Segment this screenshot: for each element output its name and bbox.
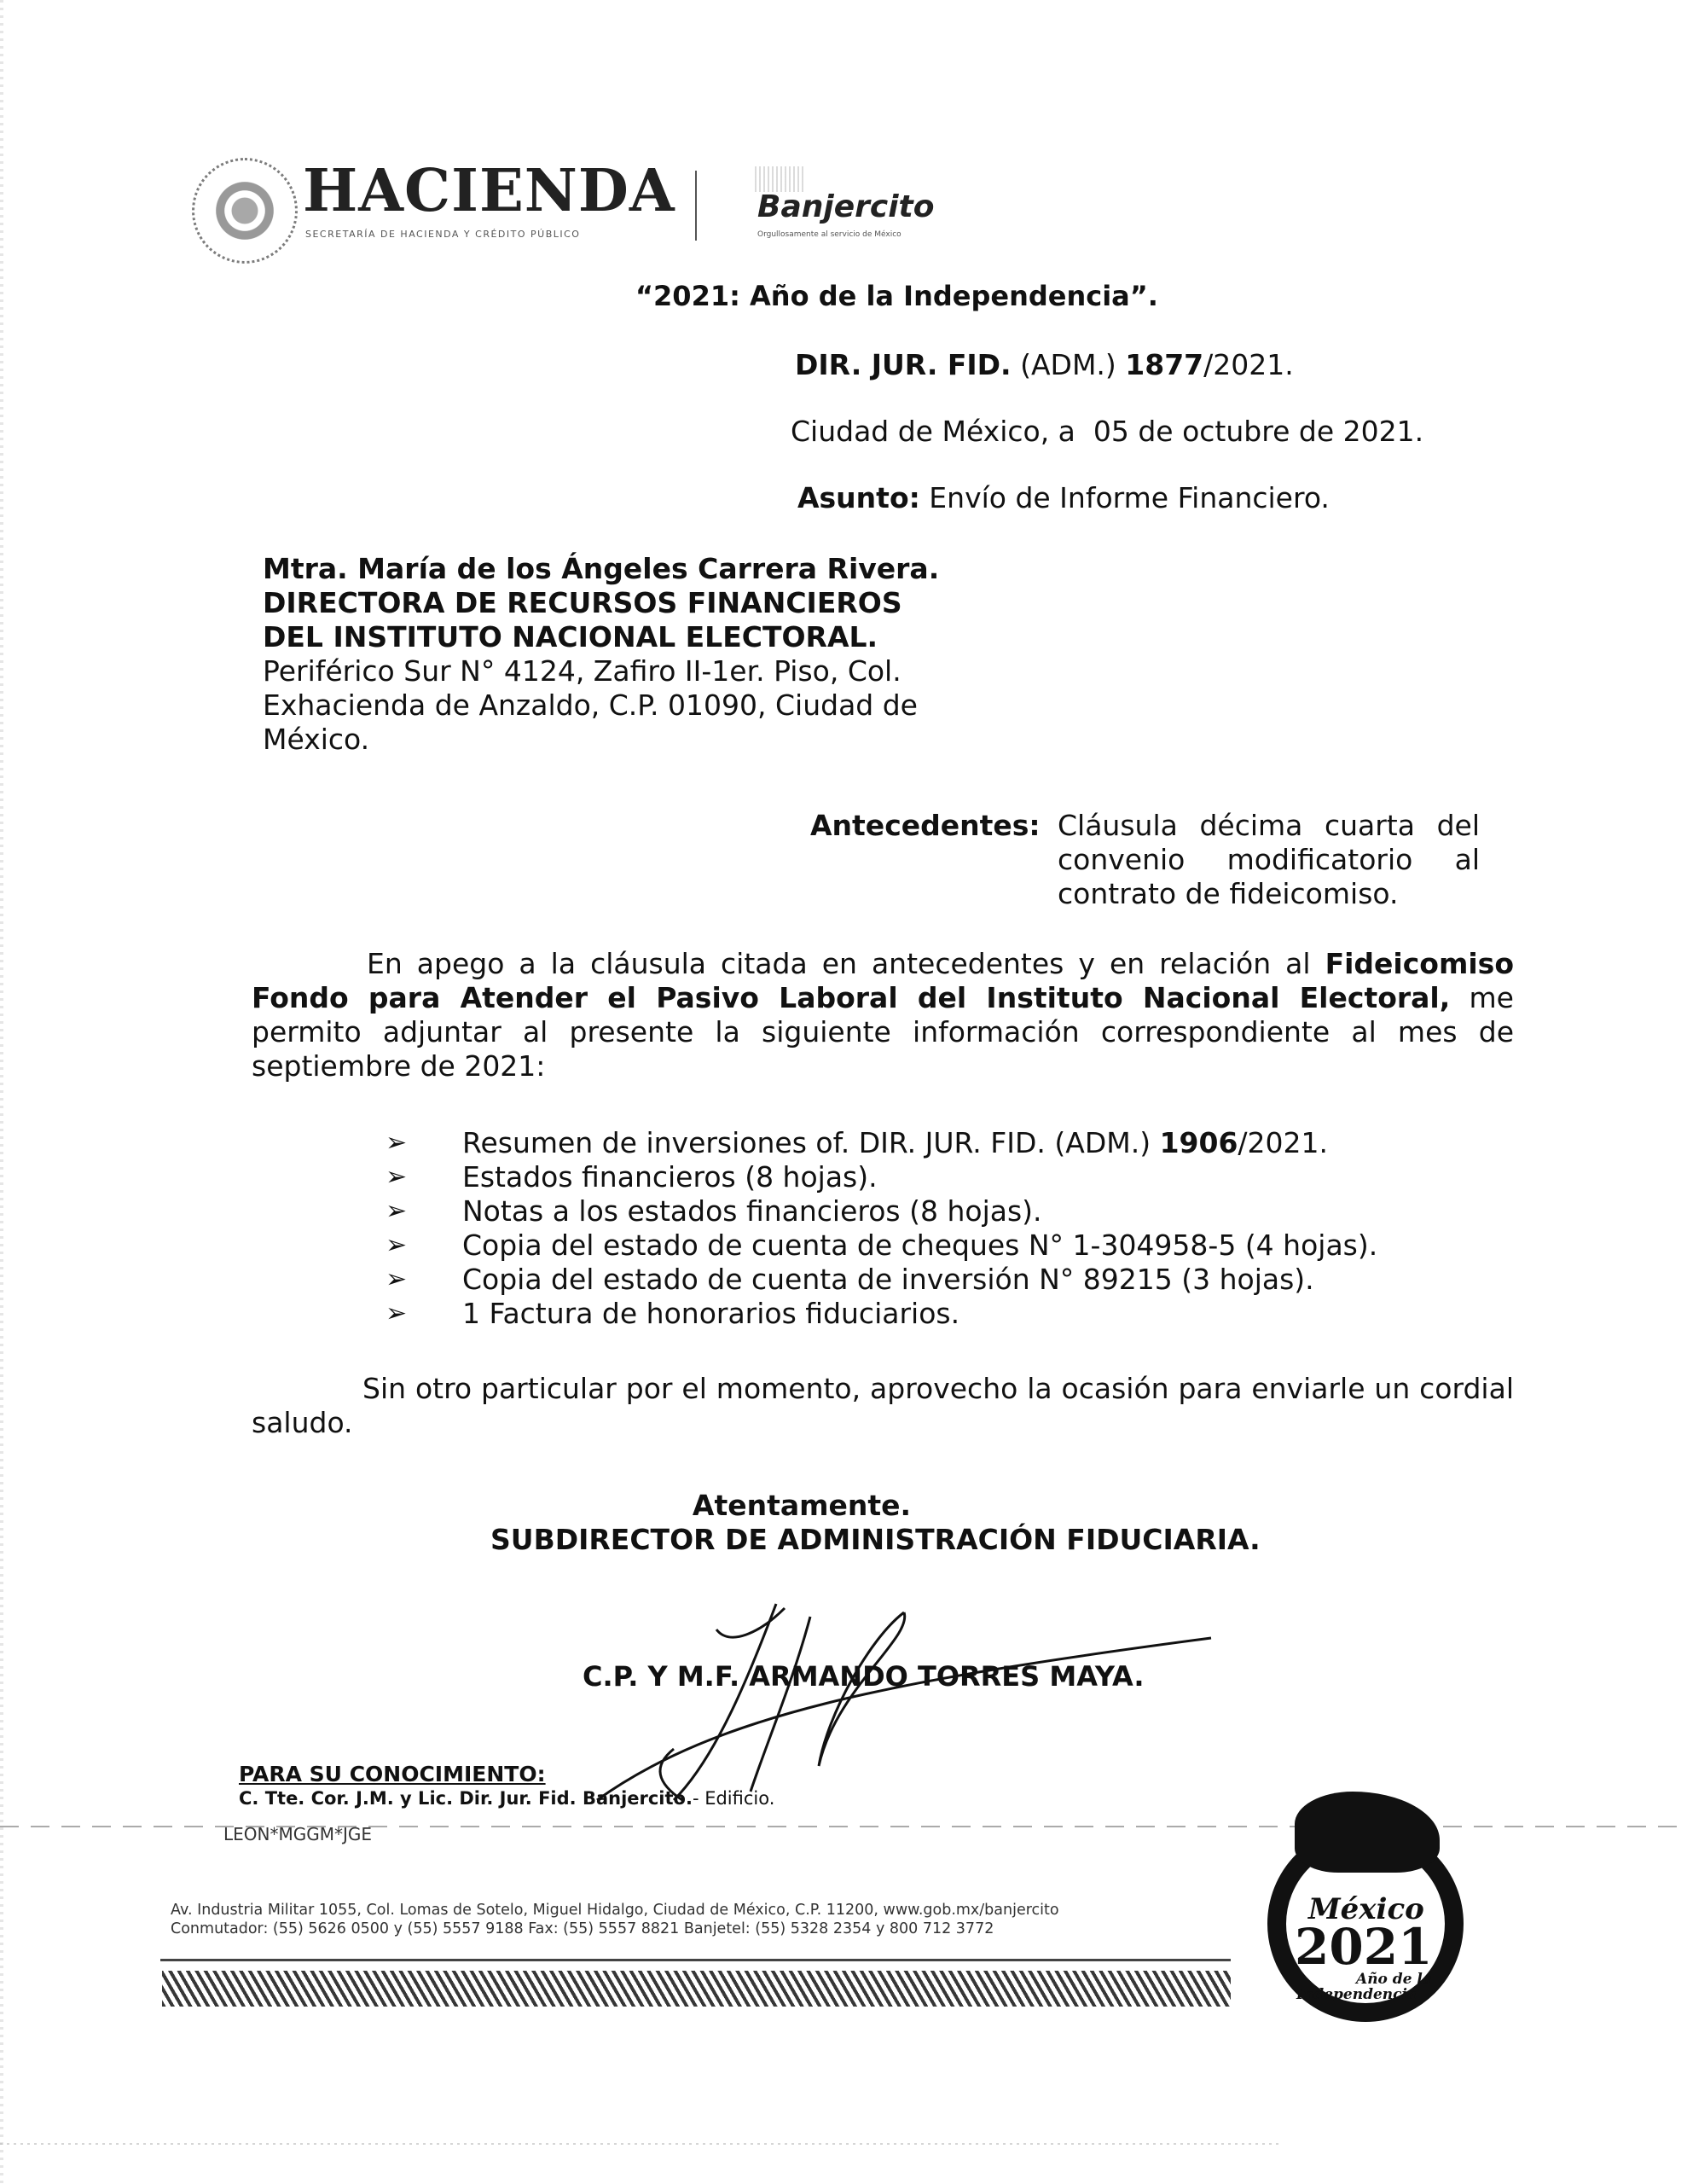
logo-divider [695, 171, 697, 241]
recipient-title-line1: DIRECTORA DE RECURSOS FINANCIEROS [263, 586, 1030, 620]
list-item: ➢Copia del estado de cuenta de inversión… [384, 1263, 1535, 1297]
sign-off-greeting: Atentamente. [546, 1489, 1058, 1523]
hacienda-logo-title: HACIENDA [303, 160, 675, 222]
closing-paragraph: Sin otro particular por el momento, apro… [252, 1372, 1514, 1440]
recipient-title-line2: DEL INSTITUTO NACIONAL ELECTORAL. [263, 620, 1030, 654]
handwritten-signature [546, 1587, 1228, 1809]
arrow-bullet-icon: ➢ [386, 1263, 407, 1297]
arrow-bullet-icon: ➢ [386, 1126, 407, 1160]
footer-address-line2: Conmutador: (55) 5626 0500 y (55) 5557 9… [171, 1920, 1059, 1938]
emblem-year: 2021 [1295, 1921, 1432, 1972]
reference-adm: (ADM.) [1012, 348, 1126, 381]
list-item: ➢Estados financieros (8 hojas). [384, 1160, 1535, 1194]
arrow-bullet-icon: ➢ [386, 1194, 407, 1228]
antecedentes-text: Cláusula décima cuarta del convenio modi… [1058, 809, 1480, 911]
subject-line: Asunto: Envío de Informe Financiero. [797, 481, 1330, 515]
cc-title: PARA SU CONOCIMIENTO: [239, 1762, 546, 1786]
footer-address: Av. Industria Militar 1055, Col. Lomas d… [171, 1901, 1059, 1938]
emblem-tagline-1: Año de la [1356, 1971, 1432, 1988]
banjercito-logo: Banjercito [757, 189, 935, 224]
hacienda-logo-subtitle: SECRETARÍA DE HACIENDA Y CRÉDITO PÚBLICO [305, 229, 580, 240]
list-item: ➢1 Factura de honorarios fiduciarios. [384, 1297, 1535, 1331]
signer-name: C.P. Y M.F. ARMANDO TORRES MAYA. [583, 1660, 1145, 1693]
subject-label: Asunto: [797, 481, 920, 514]
arrow-bullet-icon: ➢ [386, 1160, 407, 1194]
list-item: ➢Copia del estado de cuenta de cheques N… [384, 1228, 1535, 1263]
reference-prefix: DIR. JUR. FID. [795, 348, 1012, 381]
footer-decorative-pattern [162, 1971, 1231, 2007]
recipient-name: Mtra. María de los Ángeles Carrera River… [263, 552, 1030, 586]
body-text-part1: En apego a la cláusula citada en anteced… [367, 947, 1325, 980]
mexico-2021-emblem-icon: México 2021 Año de la Independencia [1261, 1792, 1474, 2022]
banjercito-tagline: Orgullosamente al servicio de México [757, 230, 901, 239]
reference-number: 1877 [1125, 348, 1203, 381]
scan-bottom-artifact [0, 2143, 1279, 2145]
document-reference: DIR. JUR. FID. (ADM.) 1877/2021. [795, 348, 1294, 382]
scan-margin-artifact [0, 0, 3, 2184]
sign-off-position: SUBDIRECTOR DE ADMINISTRACIÓN FIDUCIARIA… [490, 1523, 1261, 1557]
arrow-bullet-icon: ➢ [386, 1228, 407, 1263]
arrow-bullet-icon: ➢ [386, 1297, 407, 1331]
cc-recipient-location: - Edificio. [693, 1788, 774, 1809]
footer-address-line1: Av. Industria Militar 1055, Col. Lomas d… [171, 1901, 1059, 1920]
list-item: ➢Notas a los estados financieros (8 hoja… [384, 1194, 1535, 1228]
emblem-tagline-2: Independencia [1296, 1986, 1417, 2003]
antecedentes-label: Antecedentes: [810, 809, 1041, 843]
recipient-address: Periférico Sur N° 4124, Zafiro II-1er. P… [263, 654, 945, 757]
list-item: ➢Resumen de inversiones of. DIR. JUR. FI… [384, 1126, 1535, 1160]
year-motto: “2021: Año de la Independencia”. [635, 280, 1158, 312]
attachments-list: ➢Resumen de inversiones of. DIR. JUR. FI… [384, 1126, 1535, 1331]
mexican-coat-of-arms-seal-icon [192, 158, 298, 264]
reference-year: /2021. [1203, 348, 1294, 381]
subject-text: Envío de Informe Financiero. [920, 481, 1330, 514]
serpent-head [1295, 1792, 1440, 1873]
cc-recipient: C. Tte. Cor. J.M. y Lic. Dir. Jur. Fid. … [239, 1788, 774, 1809]
cc-recipient-name: C. Tte. Cor. J.M. y Lic. Dir. Jur. Fid. … [239, 1788, 693, 1809]
banjercito-emblem-icon [755, 166, 806, 192]
body-paragraph: En apego a la cláusula citada en anteced… [252, 947, 1514, 1083]
date-line: Ciudad de México, a 05 de octubre de 202… [791, 415, 1423, 448]
footer-rule [160, 1959, 1231, 1961]
recipient-block: Mtra. María de los Ángeles Carrera River… [263, 552, 1030, 757]
typist-initials: LEON*MGGM*JGE [223, 1824, 372, 1844]
